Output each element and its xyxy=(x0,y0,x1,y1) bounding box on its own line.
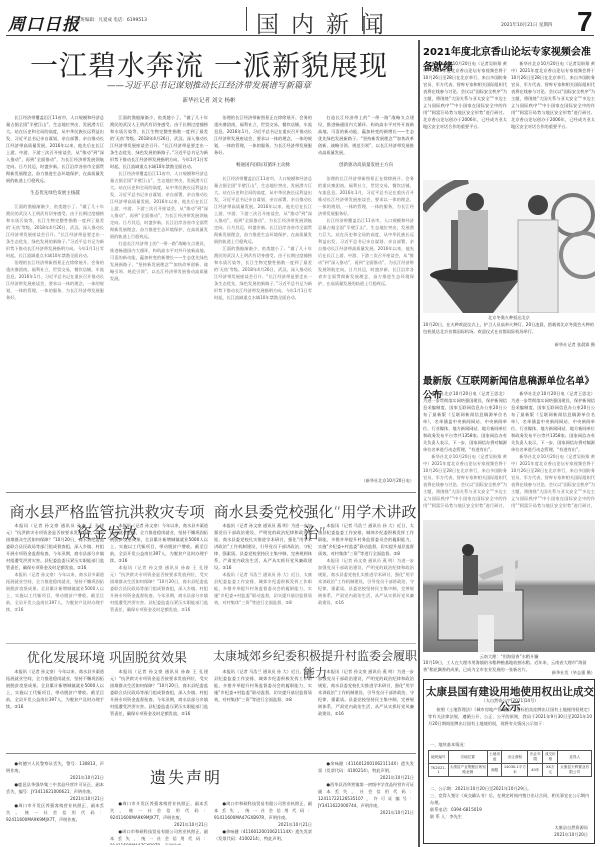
photo-credit: 新华社发（毕志强 摄） xyxy=(423,670,595,677)
harvester-image-icon xyxy=(423,520,595,652)
table-row: TK2021-1 太康县产业集聚区规划路北侧 商服 14030.1平方米 40年… xyxy=(429,764,592,777)
notice-intro: 按照《土地管理法》《城市房地产管理法》《招标拍卖挂牌出让国有土地使用权规定》等有… xyxy=(428,706,592,742)
page-number: 7 xyxy=(577,6,593,38)
divider xyxy=(6,753,416,754)
subhead: 创新驱动高质量发展主方向 xyxy=(318,162,414,169)
masthead: 周口日报 值班编辑：凡爱成 电话：6199513 国内新闻 2021年10月21… xyxy=(6,4,594,36)
divider xyxy=(6,492,416,493)
divider xyxy=(362,7,363,31)
article-body: 新华社北京10月20日电（记者王思北）为进一步贯彻落实网络强国建设，保护新闻信息… xyxy=(511,390,595,508)
photo-credit: 新华社记者 张晨霖 摄 xyxy=(423,342,595,349)
lead-column-3: 治理的长江经济带新图景正在徐徐展开。会务的重庆寨团南，福利社立，世贸交易，餐饮店… xyxy=(214,114,312,486)
article-body: 本报讯（记者 马浩兰 通讯员 孙 大）近日，太康县纪委监委工作安排，城郊乡纪委积… xyxy=(214,668,312,748)
article-body: 本报讯（记者 孙文豪 通讯员 燕 明）为进一步加强党员干部政治建设，严明党的政治… xyxy=(318,668,414,748)
editor-info: 值班编辑：凡爱成 电话：6199513 xyxy=(76,17,147,23)
signoff: （新华社北京10月20日电） xyxy=(320,478,414,485)
article-body: 本报讯（记者 孙文豪 通讯员 孙森 王 孔建元）“抗洪救灾专项资金是否按要求发放… xyxy=(110,668,208,748)
lead-subheadline: ——习近平总书记谋划推动长江经济带发展谱写新篇章 xyxy=(0,79,418,91)
issue-date: 2021年10月21日 星期四 xyxy=(501,22,552,28)
subhead: 生态优先绿色发展主线越 xyxy=(6,190,104,197)
article-body: 本报讯（记者 孙文豪 通讯员 燕 明）为进一步加强党员干部政治建设，严明党的政治… xyxy=(214,522,312,640)
lost-notice-column: ●周口市和硕科技贸易有限公司营业执照正、副本丢失，统一社会信用代码：914116… xyxy=(214,800,312,845)
notice-reference: （太自然资公字[2021]14号） xyxy=(424,698,596,704)
lost-notice-column: ●周口市开发区养强客栈营业执照正、副本丢失，统一社会信用代码：92411600M… xyxy=(110,800,208,845)
article-body: 本报讯（记者 马浩兰 通讯员 孙 大）近日，太康县纪委监委工作安排，城郊乡纪委积… xyxy=(318,522,414,640)
article-body: 本报讯（记者 孙文豪）今年以来，商水县多渠道拓展就业空间，全力推进稳岗就业，坚持… xyxy=(110,522,208,640)
lead-byline: 新华社记者 刘文 杨彬 xyxy=(0,96,418,104)
section-title: 国内新闻 xyxy=(256,6,396,39)
land-transfer-notice: 太康县国有建设用地使用权出让成交公示 （太自然资公字[2021]14号） 按照《… xyxy=(423,679,595,844)
newspaper-logo: 周口日报 xyxy=(8,10,80,35)
article-body: 新华社北京10月20日电（记者吴盼翔 黄中）2021年度北京香山论坛专家视频会将… xyxy=(511,60,595,170)
article-headline: 优化发展环境 巩固脱贫效果 xyxy=(6,647,208,666)
lead-column-1: 长江经济带覆盖沿江11省市，人口规模和经济总量占据全国“半壁江山”，生态地位突出… xyxy=(6,114,104,486)
lost-notice-column: ●何德兴人民警察证丢失，警号：130813，声明作废。 2021年10月21日 … xyxy=(6,760,104,845)
issuer: 太康县自然资源局 xyxy=(554,825,588,832)
harvest-photo xyxy=(423,520,595,652)
article-body: 本报讯（记者 孙文豪）今年以来，商水县多渠道拓展就业空间，全力推进稳岗就业，坚持… xyxy=(6,668,104,748)
lead-headline: 一江碧水奔流 一派新貌展现 xyxy=(0,44,418,84)
olympic-torch-image-icon xyxy=(423,180,595,313)
torch-photo xyxy=(423,180,595,313)
lead-column-4: 打造长江经济带上的“一带一路”战略支点建设，推进畅通国内大循环，构筑高水平对外开… xyxy=(318,114,414,486)
lost-notice-title: 遗失声明 xyxy=(150,765,222,788)
lost-notice-column: ●余咏健（41160120010621114X）遗失发票（发票代码：410021… xyxy=(318,760,414,845)
photo-caption: 10月20日，在火种欢迎仪式上，护卫人员高举火种灯。20日凌晨，搭载着北京冬奥会… xyxy=(423,322,595,335)
land-parcel-table: 地块编号 宗地位置 土地用途 出让面积 出让年限 成交价格 竞得人 TK2021… xyxy=(428,750,592,777)
notice-date: 2021年10月20日 xyxy=(554,832,588,839)
article-body: 新华社北京10月20日电（记者王思北）为进一步贯彻落实网络强国建设，保护新闻信息… xyxy=(423,390,507,508)
contact-phone: 联系电话：0394-6815019 xyxy=(430,807,482,814)
divider xyxy=(246,7,247,31)
photo-caption-title: 北京冬奥火种抵达北京 xyxy=(423,315,595,322)
lead-column-2: 江面的渔船渐渐少，鱼类越小了。“做了几十年渔民的武汉人王明武有切身感受。由于长期… xyxy=(110,114,208,486)
divider xyxy=(6,643,416,644)
article-body: 本报讯（记者 孙文豪 通讯员 孙森 王 孔建元）“抗洪救灾专项资金是否按要求发放… xyxy=(6,522,104,640)
subhead: 畅通国内国际双循环主动脉 xyxy=(214,162,312,169)
contact-person: 联 系 人：李先生 xyxy=(430,814,462,821)
column-divider xyxy=(418,40,420,847)
article-body: 新华社北京10月20日电（记者吴盼翔 黄中）2021年度北京香山论坛专家视频会将… xyxy=(423,60,507,170)
